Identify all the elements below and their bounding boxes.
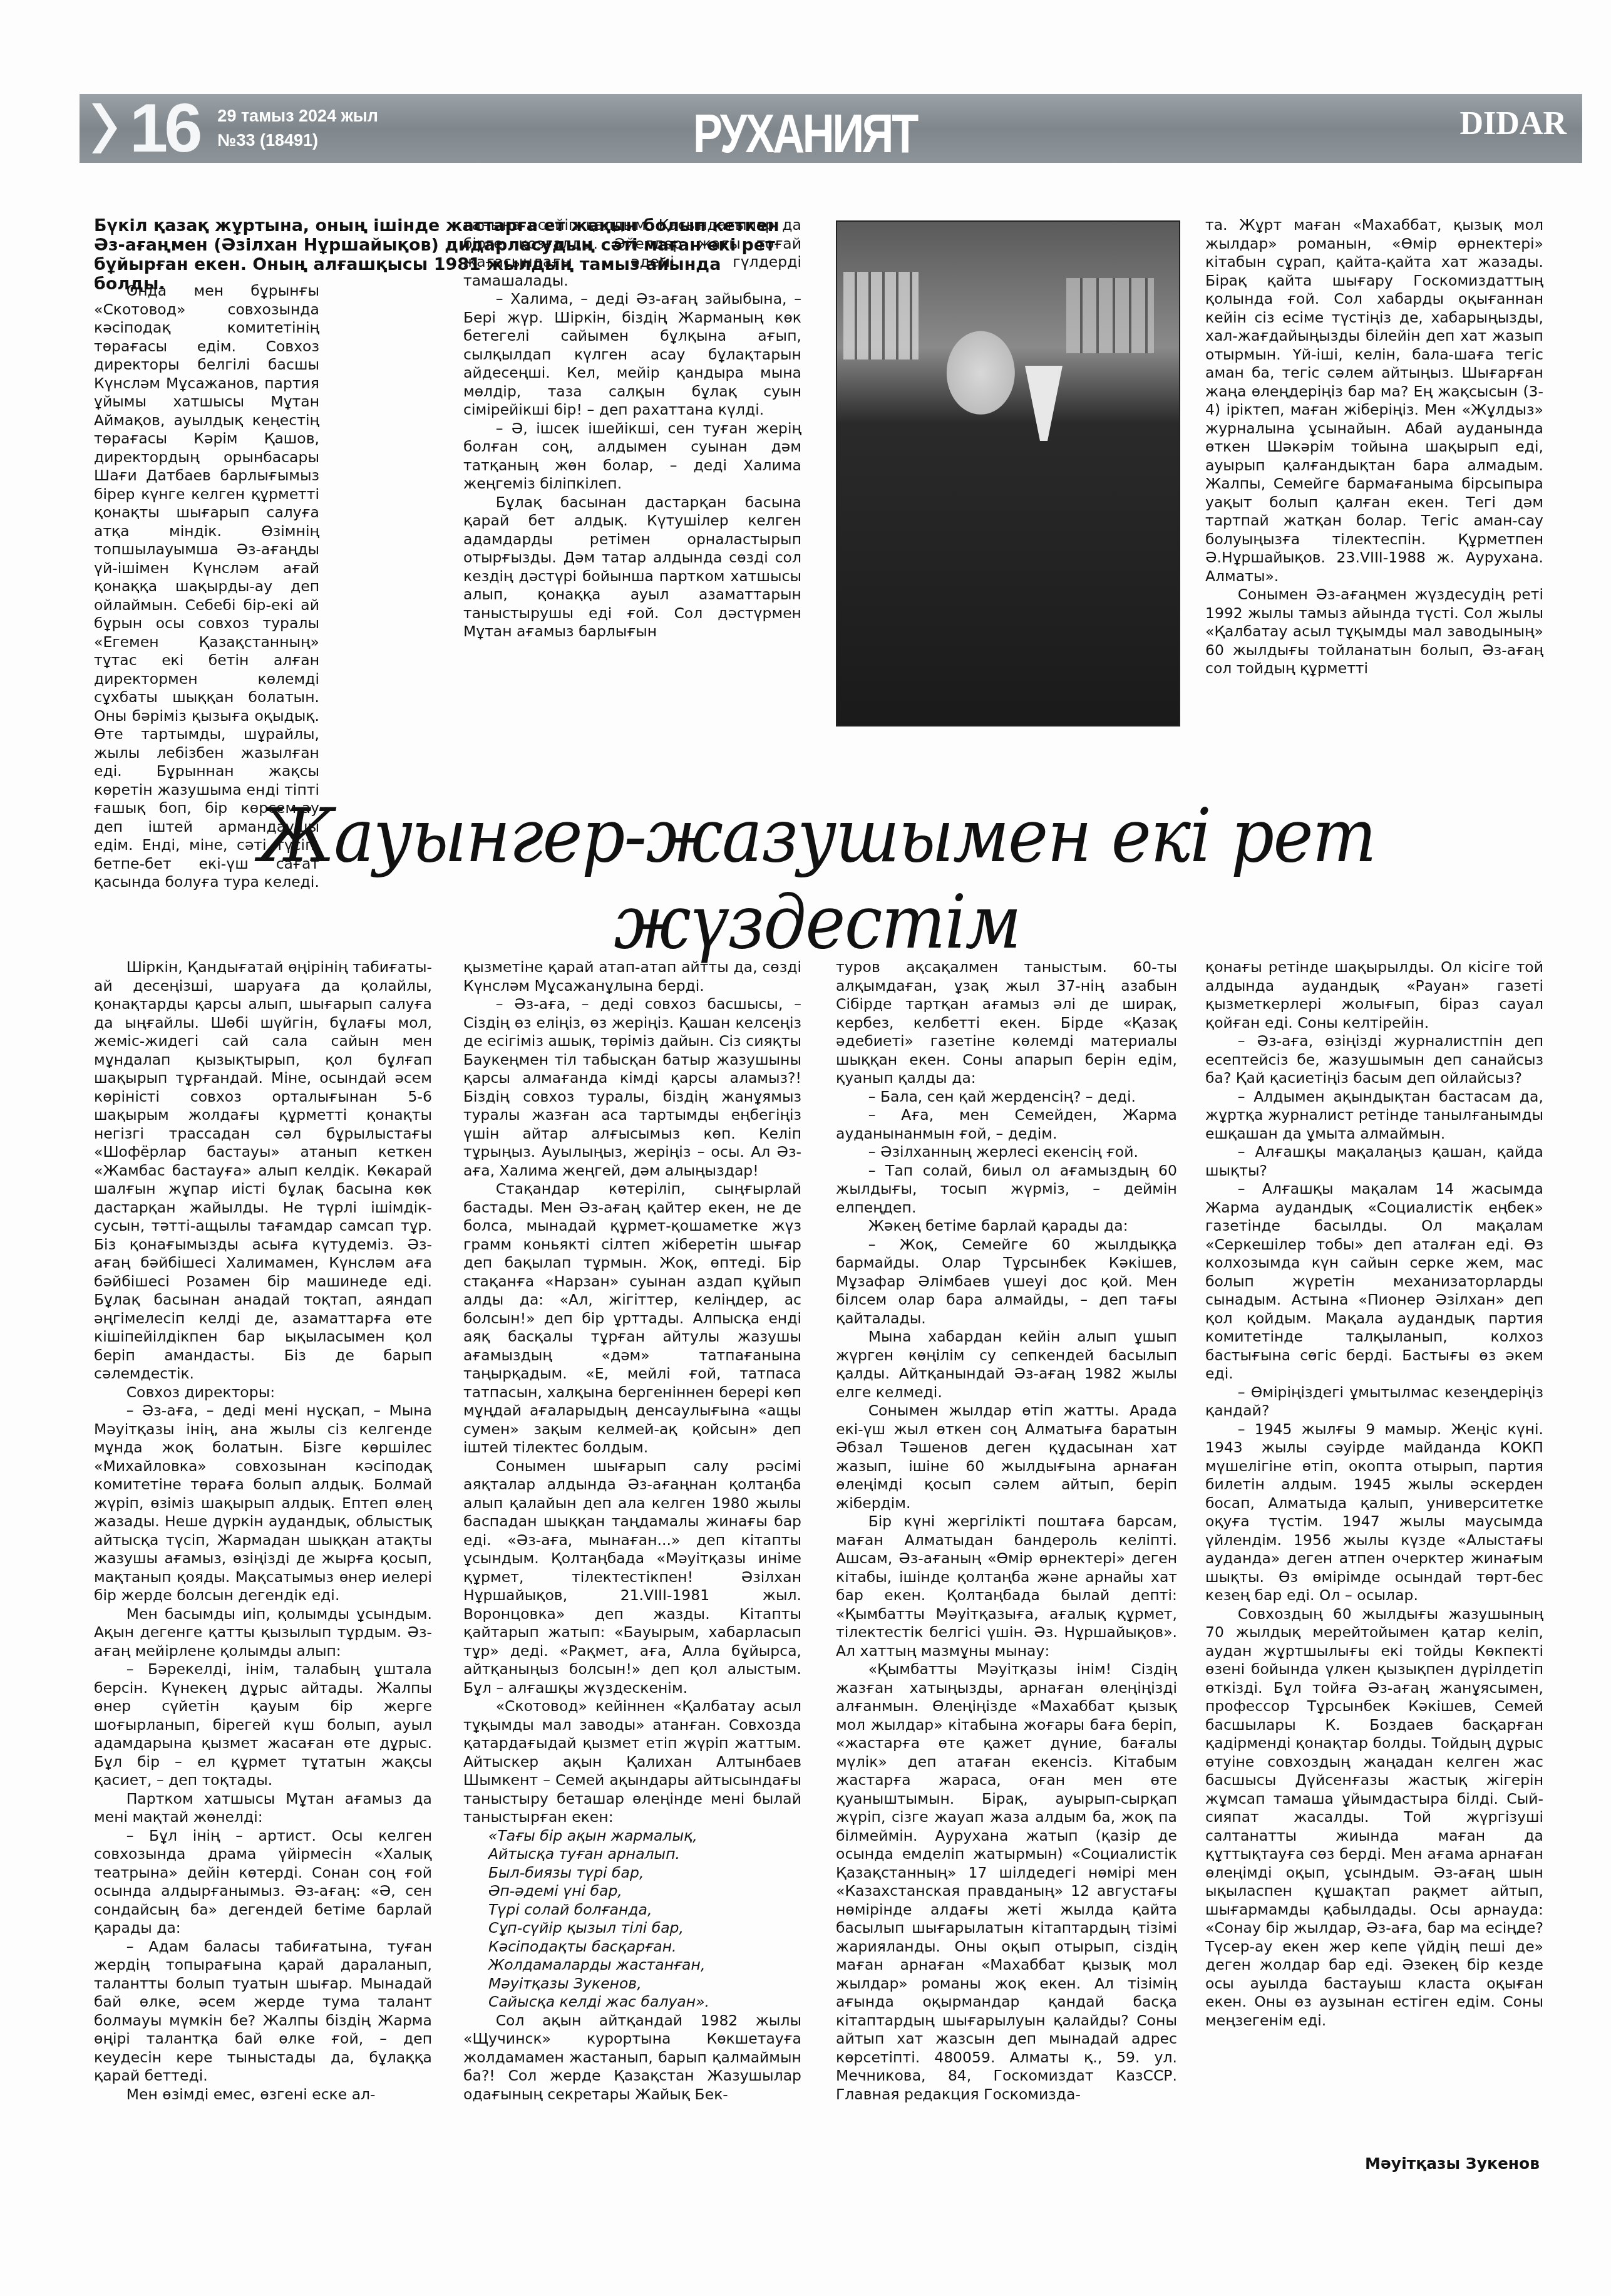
poem-line: Мәуітқазы Зукенов, bbox=[488, 1975, 801, 1993]
page-number: 16 bbox=[130, 94, 198, 163]
paragraph: – Бала, сен қай жерденсің? – деді. bbox=[836, 1088, 1177, 1107]
paragraph: Бұлақ басынан дастарқан басына қарай бет… bbox=[463, 494, 801, 641]
poem-quote: «Тағы бір ақын жармалық, Айтысқа туған а… bbox=[463, 1827, 801, 2012]
paragraph: – Алғашқы мақалам 14 жасымда Жарма аудан… bbox=[1205, 1180, 1543, 1383]
paragraph: Сол ақын айтқандай 1982 жылы «Щучинск» к… bbox=[463, 2012, 801, 2104]
poem-line: «Тағы бір ақын жармалық, bbox=[488, 1827, 801, 1846]
bookshelf-graphic bbox=[1066, 278, 1154, 353]
paragraph: – Бұл інің – артист. Осы келген совхозын… bbox=[94, 1827, 432, 1938]
paragraph: қонағы ретінде шақырылды. Ол кісіге той … bbox=[1205, 958, 1543, 1032]
paragraph: «Қымбатты Мәуітқазы інім! Сіздің жазған … bbox=[836, 1660, 1177, 2104]
poem-line: Әп-әдемі үні бар, bbox=[488, 1882, 801, 1901]
paragraph: қызметіне қарай атап-атап айтты да, сөзд… bbox=[463, 958, 801, 995]
poem-line: Айтысқа туған арналып. bbox=[488, 1845, 801, 1864]
poem-line: Түрі солай болғанда, bbox=[488, 1901, 801, 1920]
paragraph: Сонымен Әз-ағаңмен жүздесудің реті 1992 … bbox=[1205, 586, 1543, 678]
paragraph: – Әз-аға, – деді совхоз басшысы, – Сізді… bbox=[463, 995, 801, 1180]
bottom-column-3: туров ақсақалмен таныстым. 60-ты алқымда… bbox=[836, 958, 1177, 2104]
paragraph: Совхоздың 60 жылдығы жазушының 70 жылдық… bbox=[1205, 1605, 1543, 2030]
paragraph: – Жоқ, Семейге 60 жылдыққа бармайды. Ола… bbox=[836, 1236, 1177, 1328]
issue-info: 29 тамыз 2024 жыл №33 (18491) bbox=[217, 104, 378, 153]
paragraph: Шіркін, Қандығатай өңірінің табиғаты-ай … bbox=[94, 958, 432, 1383]
issue-date: 29 тамыз 2024 жыл bbox=[217, 104, 378, 128]
paragraph: – Алдымен ақындықтан бастасам да, жұртқа… bbox=[1205, 1088, 1543, 1144]
section-title: РУХАНИЯТ bbox=[693, 101, 917, 165]
paragraph: – Адам баласы табиғатына, туған жердің т… bbox=[94, 1938, 432, 2086]
author-signature: Мәуітқазы Зукенов bbox=[1365, 2154, 1540, 2173]
poem-line: Жолдамаларды жастанған, bbox=[488, 1956, 801, 1975]
article-headline: Жауынгер-жазушымен екі рет жүздестім bbox=[169, 792, 1465, 965]
paragraph: Стақандар көтеріліп, сыңғырлай бастады. … bbox=[463, 1180, 801, 1457]
author-portrait-photo bbox=[836, 220, 1180, 727]
paragraph: Партком хатшысы Мұтан ағамыз да мені мақ… bbox=[94, 1790, 432, 1827]
paragraph: Мен өзімді емес, өзгені еске ал- bbox=[94, 2086, 432, 2104]
bottom-column-4: қонағы ретінде шақырылды. Ол кісіге той … bbox=[1205, 958, 1543, 2030]
top-column-2: ғанына есейіп қалдым. Қасындағылар да бі… bbox=[463, 216, 801, 641]
paragraph: Сонымен жылдар өтіп жатты. Арада екі-үш … bbox=[836, 1402, 1177, 1513]
paragraph: – Өміріңіздегі ұмытылмас кезеңдеріңіз қа… bbox=[1205, 1383, 1543, 1420]
newspaper-brand-logo: DIDAR bbox=[1460, 105, 1567, 142]
paragraph: – Тап солай, биыл ол ағамыздың 60 жылдығ… bbox=[836, 1162, 1177, 1218]
paragraph: – Ә, ішсек ішейікші, сен туған жерің бол… bbox=[463, 420, 801, 494]
paragraph: та. Жұрт маған «Махаббат, қызық мол жылд… bbox=[1205, 216, 1543, 586]
paragraph: – Бәрекелді, інім, талабың ұштала берсін… bbox=[94, 1660, 432, 1790]
paragraph: – 1945 жылғы 9 мамыр. Жеңіс күні. 1943 ж… bbox=[1205, 1420, 1543, 1605]
page-header-band: 16 29 тамыз 2024 жыл №33 (18491) РУХАНИЯ… bbox=[80, 94, 1582, 163]
shirt-collar-graphic bbox=[1025, 366, 1063, 441]
paragraph: Мен басымды иіп, қолымды ұсындым. Ақын д… bbox=[94, 1605, 432, 1661]
paragraph: – Аға, мен Семейден, Жарма ауданынанмын … bbox=[836, 1106, 1177, 1143]
paragraph: – Әз-аға, – деді мені нұсқап, – Мына Мәу… bbox=[94, 1402, 432, 1605]
poem-line: Был-биязы түрі бар, bbox=[488, 1864, 801, 1883]
bookshelf-graphic bbox=[843, 272, 919, 359]
paragraph: – Әз-аға, өзіңізді журналистпін деп есеп… bbox=[1205, 1032, 1543, 1088]
poem-line: Кәсіподақты басқарған. bbox=[488, 1938, 801, 1957]
paragraph: Мына хабардан кейін алып ұшып жүрген көң… bbox=[836, 1328, 1177, 1402]
chevron-right-icon bbox=[92, 103, 117, 153]
bottom-column-2: қызметіне қарай атап-атап айтты да, сөзд… bbox=[463, 958, 801, 2104]
paragraph: – Әзілханның жерлесі екенсің ғой. bbox=[836, 1143, 1177, 1162]
paragraph: Совхоз директоры: bbox=[94, 1383, 432, 1402]
paragraph: ғанына есейіп қалдым. Қасындағылар да бі… bbox=[463, 216, 801, 290]
paragraph: Сонымен шығарып салу рәсімі аяқталар алд… bbox=[463, 1457, 801, 1698]
paragraph: – Алғашқы мақалаңыз қашан, қайда шықты? bbox=[1205, 1143, 1543, 1180]
poem-line: Сайысқа келді жас балуан». bbox=[488, 1993, 801, 2012]
issue-number: №33 (18491) bbox=[217, 128, 378, 153]
paragraph: Жәкең бетіме барлай қарады да: bbox=[836, 1217, 1177, 1236]
paragraph: – Халима, – деді Әз-ағаң зайыбына, – Бер… bbox=[463, 290, 801, 420]
bottom-column-1: Шіркін, Қандығатай өңірінің табиғаты-ай … bbox=[94, 958, 432, 2104]
top-column-4: та. Жұрт маған «Махаббат, қызық мол жылд… bbox=[1205, 216, 1543, 678]
paragraph: Бір күні жергілікті поштаға барсам, маға… bbox=[836, 1513, 1177, 1660]
poem-line: Сұп-сүйір қызыл тілі бар, bbox=[488, 1919, 801, 1938]
paragraph: туров ақсақалмен таныстым. 60-ты алқымда… bbox=[836, 958, 1177, 1088]
paragraph: «Скотовод» кейіннен «Қалбатау асыл тұқым… bbox=[463, 1697, 801, 1827]
